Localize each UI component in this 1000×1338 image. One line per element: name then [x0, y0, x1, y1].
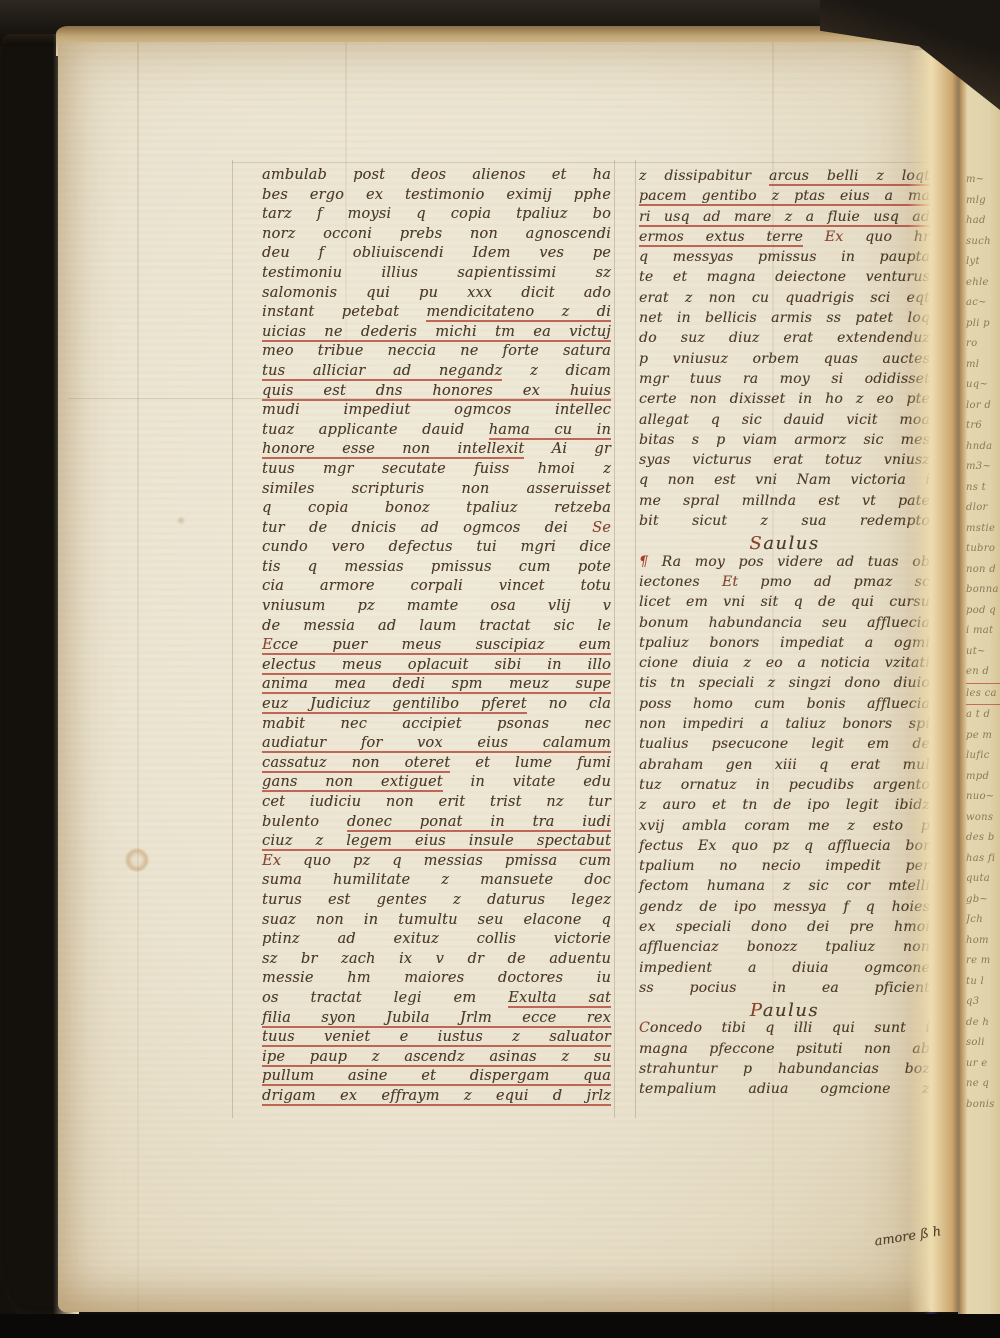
vellum-crease: [137, 42, 139, 1312]
ink-text: magna pfeccone psituti non ab: [639, 1041, 930, 1057]
next-page-fragment: pe m: [966, 726, 1000, 747]
rubricated-text: quis est dns honores ex huius: [262, 383, 611, 401]
manuscript-line: net in bellicis armis ss patet loq: [639, 310, 930, 330]
text-column-right: z dissipabitur arcus belli z loqtpacem g…: [639, 168, 930, 1102]
manuscript-line: non impediri a taliuz bonors spi: [639, 716, 930, 736]
manuscript-line: tualius psecucone legit em de: [639, 736, 930, 756]
manuscript-line: deu f obliuiscendi Idem ves pe: [262, 245, 611, 265]
ink-text: tempalium adiua ogmcione z: [639, 1081, 930, 1097]
manuscript-line: affluenciaz bonozz tpaliuz non: [639, 939, 930, 959]
text-column-left: ambulab post deos alienos et habes ergo …: [262, 167, 611, 1108]
next-page-fragment: lyt: [966, 252, 1000, 273]
ink-text: norz occoni prebs non agnoscendi: [262, 226, 611, 242]
next-page-fragment: en d: [966, 662, 1000, 684]
rubricated-text: electus meus oplacuit sibi in illo: [262, 657, 611, 675]
ink-text: in vitate edu: [443, 774, 611, 790]
manuscript-line: filia syon Jubila Jrlm ecce rex: [262, 1010, 611, 1030]
next-page-fragment: m~: [966, 170, 1000, 191]
next-page-fragment: les ca: [966, 684, 1000, 706]
manuscript-line: de messia ad laum tractat sic le: [262, 618, 611, 638]
ink-text: bonum habundancia seu affluecia: [639, 615, 930, 631]
next-page-fragment: q3: [966, 992, 1000, 1013]
ink-text: bes ergo ex testimonio eximij pphe: [262, 187, 611, 203]
manuscript-line: do suz diuz erat extendenduz: [639, 330, 930, 350]
ink-text: deu f obliuiscendi Idem ves pe: [262, 245, 611, 261]
ink-text: cia armore corpali vincet totu: [262, 578, 611, 594]
ink-text: erat z non cu quadrigis sci eqt: [639, 290, 930, 306]
manuscript-line: cundo vero defectus tui mgri dice: [262, 539, 611, 559]
ink-text: iectones: [639, 574, 722, 590]
manuscript-line: euz Judiciuz gentilibo pferet no cla: [262, 696, 611, 716]
ink-text: turus est gentes z daturus legez: [262, 892, 611, 908]
ruling-line-center-left: [614, 160, 615, 1118]
manuscript-line: licet em vni sit q de qui cursu: [639, 594, 930, 614]
manuscript-line: mabit nec accipiet psonas nec: [262, 716, 611, 736]
rubricated-text: honore esse non intellexit: [262, 441, 524, 459]
ink-text: quo pz q messias pmissa cum: [281, 853, 611, 869]
manuscript-line: ri usq ad mare z a fluie usq ad: [639, 209, 930, 229]
ink-text: tur de dnicis ad ogmcos dei: [262, 520, 592, 536]
rubricated-text: ri usq ad mare z a fluie usq ad: [639, 209, 930, 227]
manuscript-line: sz br zach ix v dr de aduentu: [262, 951, 611, 971]
manuscript-line: ¶ Ra moy pos videre ad tuas ob: [639, 554, 930, 574]
manuscript-line: tpalium no necio impedit per: [639, 858, 930, 878]
manuscript-line: gans non extiguet in vitate edu: [262, 774, 611, 794]
manuscript-line: Ex quo pz q messias pmissa cum: [262, 853, 611, 873]
ink-text: te et magna deiectone venturus: [639, 269, 930, 285]
manuscript-line: meo tribue neccia ne forte satura: [262, 343, 611, 363]
next-page-fragment: mlg: [966, 191, 1000, 212]
ink-text: tpalium no necio impedit per: [639, 858, 930, 874]
manuscript-line: audiatur for vox eius calamum: [262, 735, 611, 755]
manuscript-line: ciuz z legem eius insule spectabut: [262, 833, 611, 853]
next-page-fragment: mpd: [966, 767, 1000, 788]
page-fold-highlight: [908, 50, 960, 1312]
ink-text: de messia ad laum tractat sic le: [262, 618, 611, 634]
rubric-mark: Ex: [262, 853, 281, 869]
foxing-spot: [176, 516, 186, 525]
rubric-mark: C: [639, 1020, 650, 1036]
next-page-fragment: lor d: [966, 396, 1000, 417]
ink-text: q copia bonoz tpaliuz retzeba: [262, 500, 611, 516]
next-page-fragment: uq~: [966, 375, 1000, 396]
ink-text: ex speciali dono dei pre hmoi: [639, 919, 930, 935]
manuscript-line: tuus veniet e iustus z saluator: [262, 1029, 611, 1049]
ink-text: non impediri a taliuz bonors spi: [639, 716, 930, 732]
next-page-fragment: des b: [966, 828, 1000, 849]
ink-text: tis tn speciali z singzi dono diuio: [639, 675, 930, 691]
foxing-spot: [124, 848, 150, 872]
manuscript-line: allegat q sic dauid vicit moa: [639, 412, 930, 432]
ink-text: instant petebat: [262, 304, 426, 320]
next-page-fragment: ur e: [966, 1054, 1000, 1075]
ink-text: licet em vni sit q de qui cursu: [639, 594, 930, 610]
ink-text: allegat q sic dauid vicit moa: [639, 412, 930, 428]
manuscript-line: tpaliuz bonors impediat a ogmi: [639, 635, 930, 655]
ink-text: tis q messias pmissus cum pote: [262, 559, 611, 575]
manuscript-line: te et magna deiectone venturus: [639, 269, 930, 289]
rubricated-text: ciuz z legem eius insule spectabut: [262, 833, 611, 851]
rubricated-text: mendicitateno z di: [426, 304, 611, 322]
ruling-line-top: [232, 162, 932, 163]
next-page-fragment: lufic: [966, 746, 1000, 767]
ruling-line-left: [232, 160, 233, 1118]
ink-text: me spral millnda est vt pate: [639, 493, 930, 509]
rubricated-text: tuus veniet e iustus z saluator: [262, 1029, 611, 1047]
manuscript-line: Ecce puer meus suscipiaz eum: [262, 637, 611, 657]
rubricated-text: drigam ex effraym z equi d jrlz: [262, 1088, 611, 1106]
next-page-fragment: non d: [966, 560, 1000, 581]
next-page-fragment: Jch: [966, 910, 1000, 931]
manuscript-photo: ambulab post deos alienos et habes ergo …: [0, 0, 1000, 1338]
manuscript-line: testimoniu illius sapientissimi sz: [262, 265, 611, 285]
next-page-fragment: ns t: [966, 478, 1000, 499]
ink-text: q messyas pmissus in paupta: [639, 249, 930, 265]
rubricated-text: gans non extiguet: [262, 774, 443, 792]
ink-text: et lume fumi: [450, 755, 611, 771]
manuscript-line: tuz ornatuz in pecudibs argento: [639, 777, 930, 797]
manuscript-line: tis tn speciali z singzi dono diuio: [639, 675, 930, 695]
manuscript-line: xvij ambla coram me z esto p: [639, 818, 930, 838]
ink-text: meo tribue neccia ne forte satura: [262, 343, 611, 359]
ruling-line-center-right: [635, 160, 636, 1118]
next-page-fragment: such: [966, 232, 1000, 253]
next-page-fragment: tu l: [966, 972, 1000, 993]
ink-text: ss pocius in ea pficient: [639, 980, 930, 996]
rubricated-text: pacem gentibo z ptas eius a ma: [639, 188, 930, 206]
rubricated-text: Exulta sat: [508, 990, 611, 1008]
rubric-mark: ¶: [639, 554, 662, 570]
ink-text: sz br zach ix v dr de aduentu: [262, 951, 611, 967]
ink-text: q non est vni Nam victoria i: [639, 472, 930, 488]
ink-text: mudi impediut ogmcos intellec: [262, 402, 611, 418]
manuscript-line: honore esse non intellexit Ai gr: [262, 441, 611, 461]
ink-text: fectus Ex quo pz q affluecia bor: [639, 838, 930, 854]
next-page-fragment: m3~: [966, 457, 1000, 478]
rubric-mark: Et: [722, 574, 738, 590]
rubricated-text: pullum asine et dispergam qua: [262, 1068, 611, 1086]
manuscript-line: ambulab post deos alienos et ha: [262, 167, 611, 187]
background-bottom: [0, 1314, 1000, 1338]
next-page-fragment: soli: [966, 1033, 1000, 1054]
manuscript-line: suaz non in tumultu seu elacone q: [262, 912, 611, 932]
manuscript-line: certe non dixisset in ho z eo pte: [639, 391, 930, 411]
ink-text: p vniusuz orbem quas auctes: [639, 351, 930, 367]
rubric-mark: Ex: [825, 229, 844, 245]
manuscript-line: ex speciali dono dei pre hmoi: [639, 919, 930, 939]
manuscript-line: q messyas pmissus in paupta: [639, 249, 930, 269]
next-page-fragment: has fi: [966, 849, 1000, 870]
manuscript-line: salomonis qui pu xxx dicit ado: [262, 285, 611, 305]
manuscript-line: fectus Ex quo pz q affluecia bor: [639, 838, 930, 858]
ink-text: strahuntur p habundancias boz: [639, 1061, 930, 1077]
manuscript-line: bes ergo ex testimonio eximij pphe: [262, 187, 611, 207]
manuscript-line: syas victurus erat totuz vniusz: [639, 452, 930, 472]
manuscript-line: tuaz applicante dauid hama cu in: [262, 422, 611, 442]
ink-text: messie hm maiores doctores iu: [262, 970, 611, 986]
next-page-fragment: de h: [966, 1013, 1000, 1034]
ink-text: affluenciaz bonozz tpaliuz non: [639, 939, 930, 955]
manuscript-line: abraham gen xiii q erat mul: [639, 757, 930, 777]
rubricated-text: euz Judiciuz gentilibo pferet: [262, 696, 527, 714]
manuscript-line: iectones Et pmo ad pmaz sc: [639, 574, 930, 594]
manuscript-line: tarz f moysi q copia tpaliuz bo: [262, 206, 611, 226]
ink-text: ptinz ad exituz collis victorie: [262, 931, 611, 947]
next-page-fragment: hnda: [966, 437, 1000, 458]
manuscript-line: anima mea dedi spm meuz supe: [262, 676, 611, 696]
next-page-fragment: nuo~: [966, 787, 1000, 808]
next-page-fragment: wons: [966, 808, 1000, 829]
manuscript-line: z auro et tn de ipo legit ibidz: [639, 797, 930, 817]
next-page-fragment: ac~: [966, 293, 1000, 314]
next-page-fragment: ne q: [966, 1074, 1000, 1095]
ink-text: [803, 229, 825, 245]
next-page-fragment: pod q: [966, 601, 1000, 622]
manuscript-line: tempalium adiua ogmcione z: [639, 1081, 930, 1101]
manuscript-line: erat z non cu quadrigis sci eqt: [639, 290, 930, 310]
ink-text: tuaz applicante dauid: [262, 422, 489, 438]
manuscript-line: ss pocius in ea pficient: [639, 980, 930, 1000]
ink-text: pmo ad pmaz sc: [738, 574, 930, 590]
next-page-edge: m~mlghadsuchlytehleac~pli promluq~lor dt…: [958, 52, 1000, 1314]
next-page-text-fragments: m~mlghadsuchlytehleac~pli promluq~lor dt…: [966, 170, 1000, 1170]
manuscript-line: bitas s p viam armorz sic mes: [639, 432, 930, 452]
manuscript-line: cione diuia z eo a noticia vzitati: [639, 655, 930, 675]
ink-text: suaz non in tumultu seu elacone q: [262, 912, 611, 928]
ink-text: bulento: [262, 814, 347, 830]
rubricated-text: filia syon Jubila Jrlm ecce rex: [262, 1010, 611, 1028]
rubricated-text: hama cu in: [489, 422, 611, 440]
manuscript-line: gendz de ipo messya f q hoies: [639, 899, 930, 919]
manuscript-line: similes scripturis non asseruisset: [262, 481, 611, 501]
ink-text: xvij ambla coram me z esto p: [639, 818, 930, 834]
ink-text: os tractat legi em: [262, 990, 508, 1006]
rubricated-text: cassatuz non oteret: [262, 755, 450, 773]
manuscript-line: norz occoni prebs non agnoscendi: [262, 226, 611, 246]
rubricated-text: ermos extus terre: [639, 229, 803, 247]
next-page-fragment: ut~: [966, 642, 1000, 663]
ink-text: Ai gr: [524, 441, 611, 457]
manuscript-line: pacem gentibo z ptas eius a ma: [639, 188, 930, 208]
manuscript-line: turus est gentes z daturus legez: [262, 892, 611, 912]
manuscript-line: q non est vni Nam victoria i: [639, 472, 930, 492]
next-page-fragment: i mat: [966, 621, 1000, 642]
rubricated-text: cce puer meus suscipiaz eum: [273, 637, 611, 655]
ink-text: cundo vero defectus tui mgri dice: [262, 539, 611, 555]
next-page-fragment: tr6: [966, 416, 1000, 437]
ink-text: mgr tuus ra moy si odidisset: [639, 371, 930, 387]
ink-text: testimoniu illius sapientissimi sz: [262, 265, 611, 281]
next-page-fragment: gb~: [966, 890, 1000, 911]
manuscript-line: z dissipabitur arcus belli z loqt: [639, 168, 930, 188]
manuscript-line: drigam ex effraym z equi d jrlz: [262, 1088, 611, 1108]
manuscript-line: instant petebat mendicitateno z di: [262, 304, 611, 324]
ink-text: bitas s p viam armorz sic mes: [639, 432, 930, 448]
ink-text: z auro et tn de ipo legit ibidz: [639, 797, 930, 813]
manuscript-line: ipe paup z ascendz asinas z su: [262, 1049, 611, 1069]
manuscript-line: fectom humana z sic cor mtelli: [639, 878, 930, 898]
ink-text: tuz ornatuz in pecudibs argento: [639, 777, 930, 793]
manuscript-line: impedient a diuia ogmcone: [639, 960, 930, 980]
manuscript-line: q copia bonoz tpaliuz retzeba: [262, 500, 611, 520]
section-heading: Saulus: [639, 533, 930, 553]
ink-text: similes scripturis non asseruisset: [262, 481, 611, 497]
section-heading: Paulus: [639, 1000, 930, 1020]
next-page-fragment: ro: [966, 334, 1000, 355]
ink-text: tuus mgr secutate fuiss hmoi z: [262, 461, 611, 477]
next-page-fragment: ml: [966, 355, 1000, 376]
rubricated-text: arcus belli z loqt: [769, 168, 930, 186]
manuscript-line: strahuntur p habundancias boz: [639, 1061, 930, 1081]
ink-text: tpaliuz bonors impediat a ogmi: [639, 635, 930, 651]
manuscript-line: bulento donec ponat in tra iudi: [262, 814, 611, 834]
next-page-fragment: a t d: [966, 705, 1000, 726]
ink-text: do suz diuz erat extendenduz: [639, 330, 930, 346]
manuscript-line: quis est dns honores ex huius: [262, 383, 611, 403]
rubricated-text: E: [262, 637, 273, 655]
manuscript-line: cia armore corpali vincet totu: [262, 578, 611, 598]
ink-text: z dicam: [502, 363, 611, 379]
manuscript-line: bonum habundancia seu affluecia: [639, 615, 930, 635]
manuscript-line: Concedo tibi q illi qui sunt i: [639, 1020, 930, 1040]
rubricated-text: donec ponat in tra iudi: [347, 814, 611, 832]
manuscript-line: ermos extus terre Ex quo hr: [639, 229, 930, 249]
manuscript-line: mudi impediut ogmcos intellec: [262, 402, 611, 422]
manuscript-line: mgr tuus ra moy si odidisset: [639, 371, 930, 391]
ink-text: poss homo cum bonis affluecia: [639, 696, 930, 712]
rubricated-text: anima mea dedi spm meuz supe: [262, 676, 611, 694]
ink-text: gendz de ipo messya f q hoies: [639, 899, 930, 915]
rubricated-text: audiatur for vox eius calamum: [262, 735, 611, 753]
ink-text: cet iudiciu non erit trist nz tur: [262, 794, 611, 810]
next-page-fragment: had: [966, 211, 1000, 232]
ink-text: fectom humana z sic cor mtelli: [639, 878, 930, 894]
rubricated-text: uicias ne dederis michi tm ea victuj: [262, 324, 611, 342]
ink-text: abraham gen xiii q erat mul: [639, 757, 930, 773]
next-page-fragment: re m: [966, 951, 1000, 972]
ink-text: net in bellicis armis ss patet loq: [639, 310, 930, 326]
next-page-fragment: mstie: [966, 519, 1000, 540]
ink-text: certe non dixisset in ho z eo pte: [639, 391, 930, 407]
ink-text: vniusum pz mamte osa vlij v: [262, 598, 611, 614]
next-page-fragment: hom: [966, 931, 1000, 952]
manuscript-line: p vniusuz orbem quas auctes: [639, 351, 930, 371]
ink-text: impedient a diuia ogmcone: [639, 960, 930, 976]
manuscript-line: messie hm maiores doctores iu: [262, 970, 611, 990]
manuscript-line: magna pfeccone psituti non ab: [639, 1041, 930, 1061]
next-page-fragment: tubro: [966, 539, 1000, 560]
manuscript-line: suma humilitate z mansuete doc: [262, 872, 611, 892]
next-page-fragment: ehle: [966, 273, 1000, 294]
ink-text: Ra moy pos videre ad tuas ob: [662, 554, 930, 570]
manuscript-line: tuus mgr secutate fuiss hmoi z: [262, 461, 611, 481]
ink-text: no cla: [527, 696, 611, 712]
manuscript-line: os tractat legi em Exulta sat: [262, 990, 611, 1010]
ink-text: tualius psecucone legit em de: [639, 736, 930, 752]
ink-text: ambulab post deos alienos et ha: [262, 167, 611, 183]
next-page-fragment: dlor: [966, 498, 1000, 519]
manuscript-line: tur de dnicis ad ogmcos dei Se: [262, 520, 611, 540]
manuscript-line: poss homo cum bonis affluecia: [639, 696, 930, 716]
manuscript-line: uicias ne dederis michi tm ea victuj: [262, 324, 611, 344]
ink-text: bit sicut z sua redempto: [639, 513, 930, 529]
manuscript-line: vniusum pz mamte osa vlij v: [262, 598, 611, 618]
ink-text: syas victurus erat totuz vniusz: [639, 452, 930, 468]
ink-text: z dissipabitur: [639, 168, 769, 184]
ink-text: salomonis qui pu xxx dicit ado: [262, 285, 611, 301]
rubricated-text: tus alliciar ad negandz: [262, 363, 502, 381]
manuscript-line: cet iudiciu non erit trist nz tur: [262, 794, 611, 814]
ink-text: tarz f moysi q copia tpaliuz bo: [262, 206, 611, 222]
next-page-fragment: pli p: [966, 314, 1000, 335]
rubricated-text: ipe paup z ascendz asinas z su: [262, 1049, 611, 1067]
manuscript-line: tus alliciar ad negandz z dicam: [262, 363, 611, 383]
ink-text: suma humilitate z mansuete doc: [262, 872, 611, 888]
rubric-mark: Se: [592, 520, 611, 536]
manuscript-line: cassatuz non oteret et lume fumi: [262, 755, 611, 775]
ink-text: oncedo tibi q illi qui sunt i: [650, 1020, 930, 1036]
manuscript-line: me spral millnda est vt pate: [639, 493, 930, 513]
next-page-fragment: bonis: [966, 1095, 1000, 1116]
manuscript-line: ptinz ad exituz collis victorie: [262, 931, 611, 951]
manuscript-line: pullum asine et dispergam qua: [262, 1068, 611, 1088]
manuscript-line: tis q messias pmissus cum pote: [262, 559, 611, 579]
ink-text: cione diuia z eo a noticia vzitati: [639, 655, 930, 671]
manuscript-line: electus meus oplacuit sibi in illo: [262, 657, 611, 677]
next-page-fragment: quta: [966, 869, 1000, 890]
ink-text: mabit nec accipiet psonas nec: [262, 716, 611, 732]
next-page-fragment: bonna: [966, 580, 1000, 601]
manuscript-line: bit sicut z sua redempto: [639, 513, 930, 533]
